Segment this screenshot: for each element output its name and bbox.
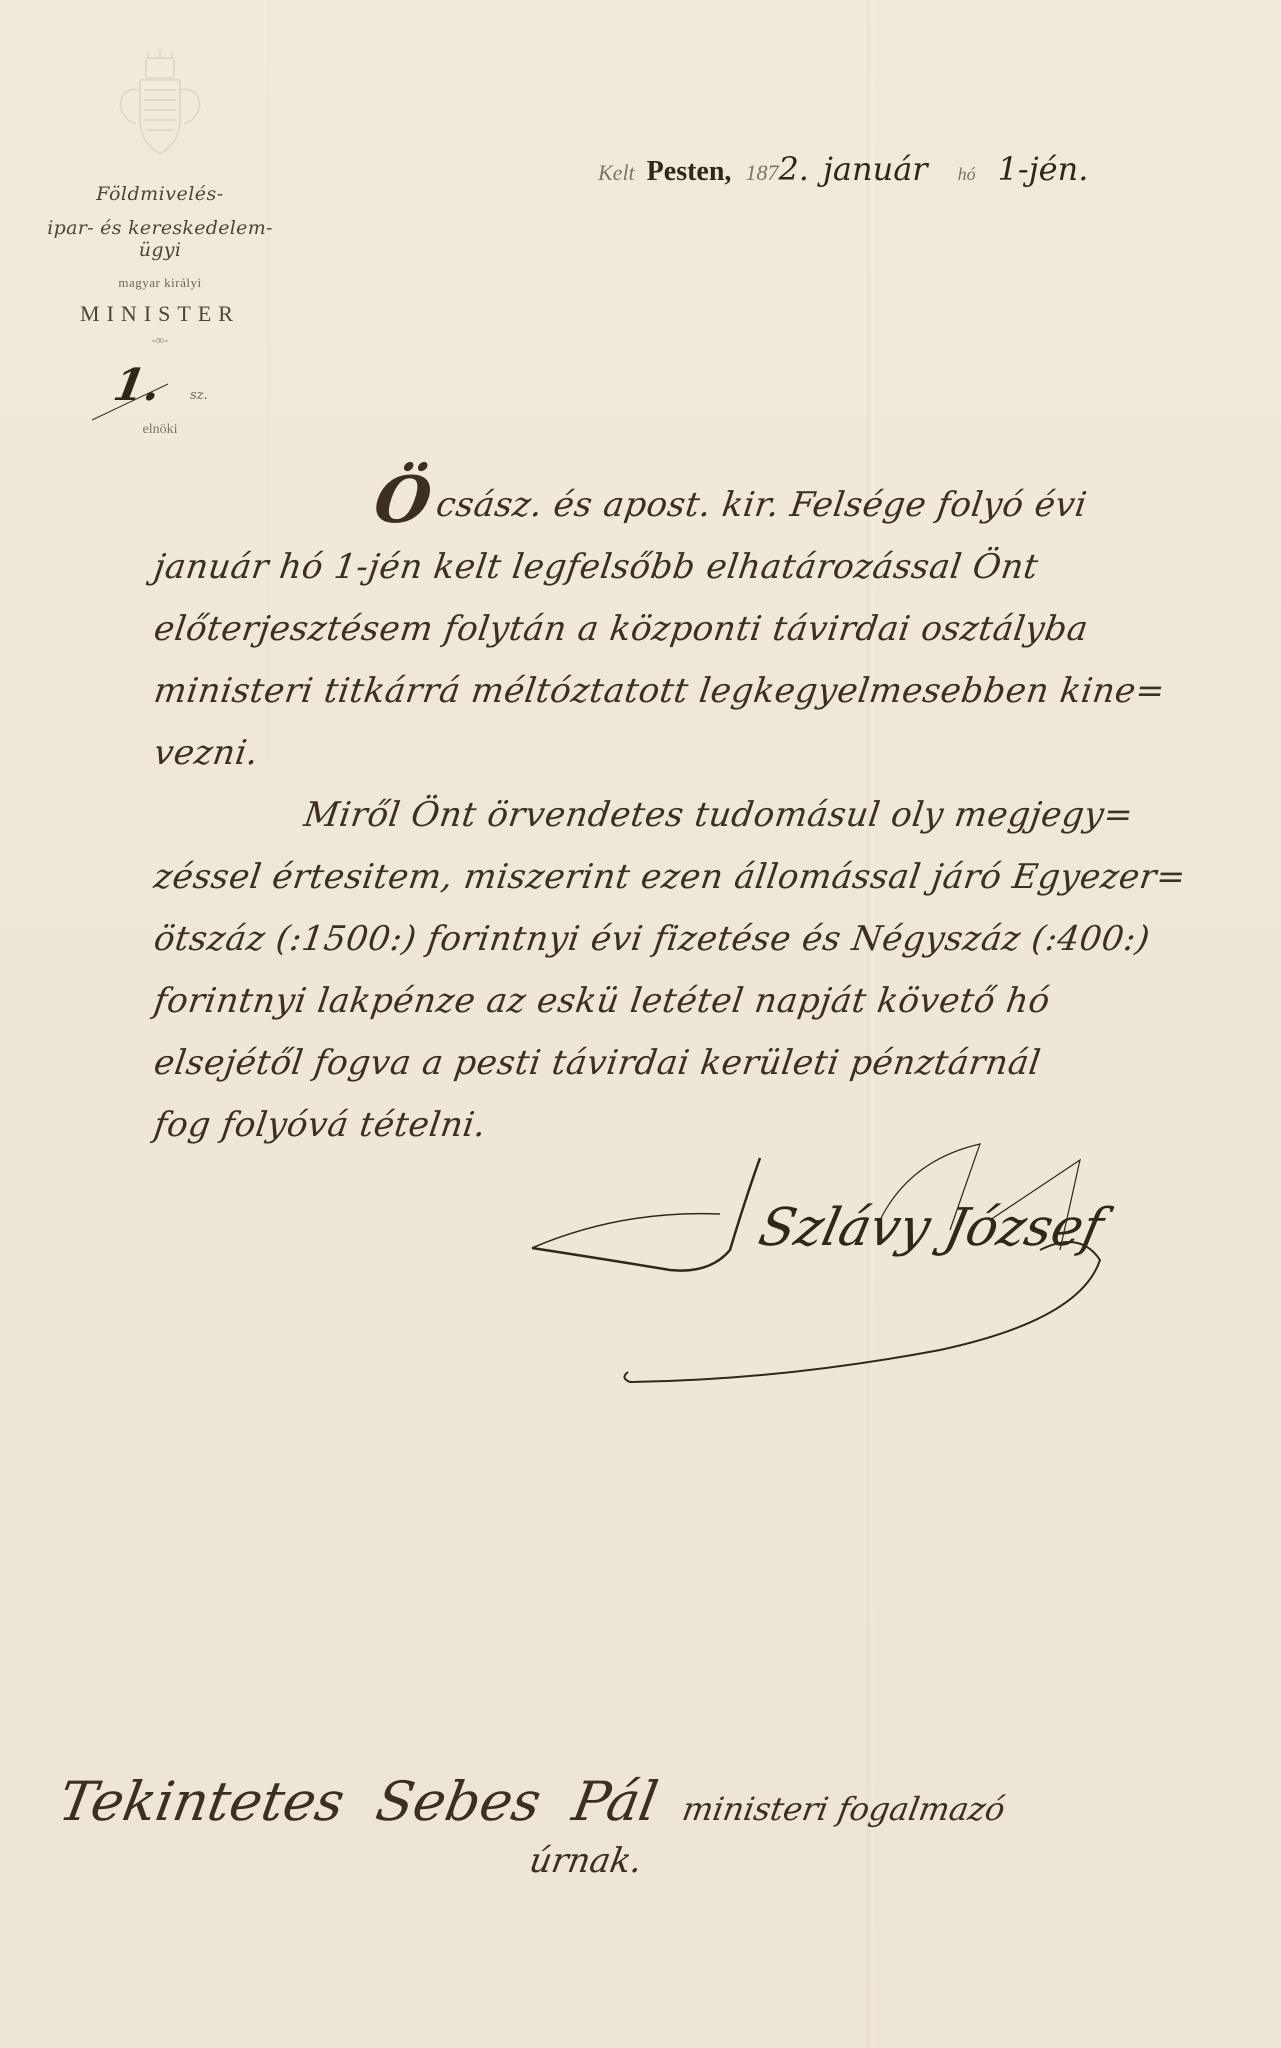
body-line: Miről Önt örvendetes tudomásul oly megje… <box>150 784 1269 846</box>
reference-number: 1. <box>110 360 165 411</box>
addressee-name-first: Sebes <box>371 1770 545 1833</box>
reference-type: elnöki <box>40 422 280 438</box>
ministry-name-line1: Földmivelés- <box>40 183 280 205</box>
addressee: Tekintetes Sebes Pál ministeri fogalmazó… <box>60 1770 1260 1881</box>
body-line: elsejétől fogva a pesti távirdai kerület… <box>150 1032 1269 1094</box>
dateline-place: Pesten, <box>647 156 732 187</box>
body-line: zéssel értesitem, miszerint ezen állomás… <box>150 846 1269 908</box>
signature-flourish-icon <box>520 1140 1220 1400</box>
reference-suffix: sz. <box>190 388 208 403</box>
body-line: január hó 1-jén kelt legfelsőbb elhatáro… <box>150 536 1269 598</box>
addressee-title: Tekintetes <box>54 1770 349 1833</box>
letter-body: Öcsász. és apost. kir. Felsége folyó évi… <box>150 470 1260 1156</box>
addressee-position: ministeri fogalmazó <box>680 1790 1008 1828</box>
ministry-name-line2: ipar- és kereskedelem-ügyi <box>40 217 280 261</box>
signature: Szlávy József <box>520 1140 1220 1400</box>
dateline-month: január <box>823 150 928 188</box>
dateline: Kelt Pesten, 1872. január hó 1-jén. <box>598 150 1088 188</box>
body-initial: Ö <box>370 463 437 538</box>
body-line: ötszáz (:1500:) forintnyi évi fizetése é… <box>150 908 1269 970</box>
body-line: Öcsász. és apost. kir. Felsége folyó évi <box>150 470 1269 536</box>
dateline-kelt: Kelt <box>598 160 635 185</box>
addressee-name-second: Pál <box>568 1770 662 1833</box>
addressee-line: Tekintetes Sebes Pál ministeri fogalmazó <box>54 1770 1265 1833</box>
reference-number-row: 1. sz. <box>40 358 280 418</box>
dateline-year-prefix: 187 <box>745 160 778 185</box>
letterhead: Földmivelés- ipar- és kereskedelem-ügyi … <box>40 50 280 438</box>
ministry-name-line3: magyar királyi <box>40 275 280 291</box>
ornament-divider: -∞- <box>40 333 280 348</box>
dateline-ho: hó <box>958 164 976 184</box>
body-line: forintnyi lakpénze az eskü letétel napjá… <box>150 970 1269 1032</box>
addressee-closing: úrnak. <box>56 1841 1263 1881</box>
body-line: vezni. <box>150 722 1269 784</box>
body-line: előterjesztésem folytán a központi távir… <box>150 598 1269 660</box>
body-line: ministeri titkárrá méltóztatott legkegye… <box>150 660 1269 722</box>
coat-of-arms-icon <box>110 50 210 160</box>
ministry-title: MINISTER <box>40 301 280 327</box>
dateline-day: 1-jén. <box>998 150 1089 188</box>
signature-text: Szlávy József <box>754 1198 1109 1258</box>
dateline-year-suffix: 2. <box>778 150 809 188</box>
